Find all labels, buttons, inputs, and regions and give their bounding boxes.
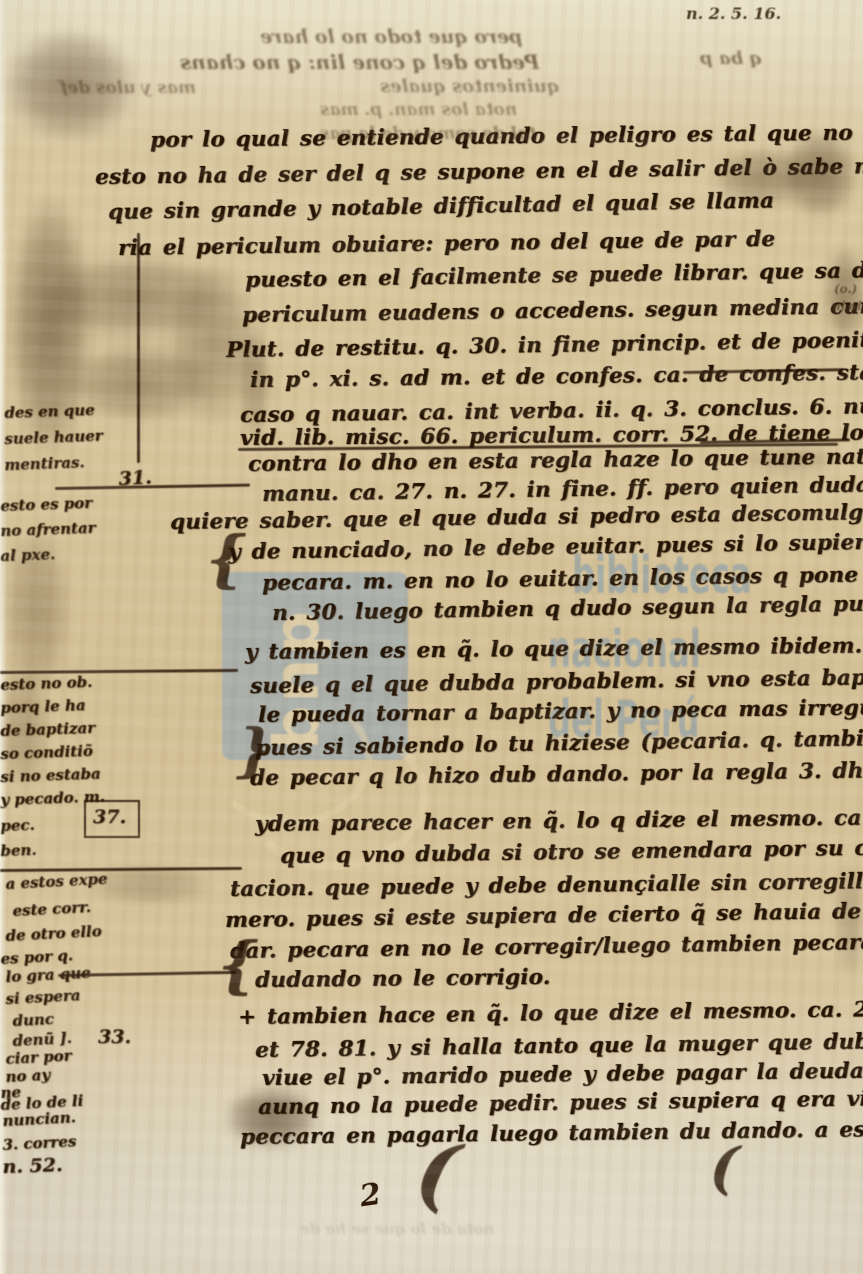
margin-note: so conditiõ <box>0 742 93 763</box>
margin-note: lo gra que <box>5 964 91 986</box>
manuscript-line: y tambien es en q̃. lo que dize el mesmo… <box>245 633 863 665</box>
bleedthrough-text: Pedro del q cone lin: q no chans <box>180 50 539 74</box>
margin-note: n. 52. <box>2 1154 63 1178</box>
manuscript-page: pero que todo no lo harePedro del q cone… <box>0 0 863 1274</box>
manuscript-line: dudando no le corrigio. <box>255 965 551 993</box>
manuscript-line: de pecar q lo hizo dub dando. por la reg… <box>250 758 863 791</box>
margin-note: 37. <box>93 806 126 828</box>
manuscript-line: tacion. que puede y debe denunçialle sin… <box>230 869 863 902</box>
margin-note: de baptizar <box>0 719 95 740</box>
margin-note: no afrentar <box>0 519 96 540</box>
margin-note: este corr. <box>12 898 91 920</box>
bleedthrough-text: pero que todo no lo hare <box>260 26 522 48</box>
bleedthrough-text: nota de lo que se ha de <box>300 1220 494 1238</box>
right-margin-fragment: ni ai <box>832 299 862 313</box>
manuscript-line: puesto en el facilmente se puede librar.… <box>245 258 863 293</box>
margin-note: pec. <box>0 816 35 835</box>
margin-note: esto es por <box>0 494 92 515</box>
margin-note: ben. <box>0 841 37 860</box>
manuscript-line: le pueda tornar a baptizar. y no peca ma… <box>258 695 863 728</box>
margin-note: y pecado. m. <box>0 787 105 809</box>
margin-note: ciar por <box>5 1047 72 1068</box>
margin-note: si no estaba <box>0 764 101 785</box>
margin-note: 33. <box>98 1026 131 1048</box>
manuscript-line: que q vno dubda si otro se emendara por … <box>280 835 863 869</box>
scribal-flourish: 2 <box>358 1177 384 1215</box>
margin-note: mentiras. <box>4 453 85 474</box>
ink-stain <box>35 325 245 440</box>
bleedthrough-text: mas y ulos def <box>60 78 196 98</box>
manuscript-line: por lo qual se entiende quando el peligr… <box>150 121 853 153</box>
margin-note: 31. <box>118 466 152 490</box>
manuscript-line: + tambien hace en q̃. lo que dize el mes… <box>238 996 863 1030</box>
manuscript-line: y de nunciado, no le debe euitar. pues s… <box>228 530 863 565</box>
bleedthrough-text: quinientos quales <box>380 76 559 97</box>
margin-note: nuncian. <box>2 1108 76 1130</box>
ink-stroke <box>137 233 140 463</box>
manuscript-line: que sin grande y notable difficultad el … <box>108 188 774 225</box>
bleedthrough-text: q ba p <box>700 48 762 69</box>
manuscript-line: ydem parece hacer en q̃. lo q dize el me… <box>255 804 863 837</box>
manuscript-line: n. 30. luego tambien q dudo segun la reg… <box>272 591 863 626</box>
manuscript-line: in p°. xi. s. ad m. et de confes. ca. de… <box>250 359 863 393</box>
manuscript-line: peccara en pagarla luego tambien du dand… <box>240 1117 863 1150</box>
margin-note: suele hauer <box>4 427 103 448</box>
manuscript-line: esto no ha de ser del q se supone en el … <box>95 153 863 190</box>
margin-note: 3. corres <box>2 1132 77 1154</box>
ink-stroke <box>55 484 250 490</box>
manuscript-line: viue el p°. marido puede y debe pagar la… <box>262 1057 863 1091</box>
manuscript-line: mero. pues si este supiera de cierto q̃ … <box>225 898 863 933</box>
margin-note: dunc <box>12 1010 54 1030</box>
manuscript-line: pues si sabiendo lo tu hiziese (pecaria.… <box>255 725 863 761</box>
manuscript-line: pecara. m. en no lo euitar. en los casos… <box>262 561 863 596</box>
margin-note: a estos expe <box>5 870 108 893</box>
manuscript-line: suele q el que dubda probablem. si vno e… <box>250 664 863 699</box>
margin-note: al pxe. <box>0 545 55 565</box>
margin-note: des en que <box>4 401 95 422</box>
ink-stroke <box>0 867 242 872</box>
manuscript-line: dar. pecara en no le corregir/luego tamb… <box>230 930 863 964</box>
ink-stroke <box>0 669 238 674</box>
margin-note: de otro ello <box>5 922 102 945</box>
manuscript-line: periculum euadens o accedens. segun medi… <box>242 294 863 328</box>
margin-note: esto no ob. <box>0 673 93 694</box>
manuscript-line: aunq no la puede pedir. pues si supiera … <box>258 1086 863 1120</box>
bleedthrough-text: nota los man. p. mas <box>320 100 517 120</box>
manuscript-line: et 78. 81. y si halla tanto que la muger… <box>255 1029 863 1063</box>
margin-note: porq le ha <box>0 696 86 717</box>
right-margin-fragment: (o.) <box>834 282 857 296</box>
corner-annotation: n. 2. 5. 16. <box>686 4 781 23</box>
manuscript-line: Plut. de restitu. q. 30. in fine princip… <box>226 327 863 363</box>
manuscript-line: ria el periculum obuiare: pero no del qu… <box>118 227 775 261</box>
margin-note: si espera <box>5 986 81 1008</box>
